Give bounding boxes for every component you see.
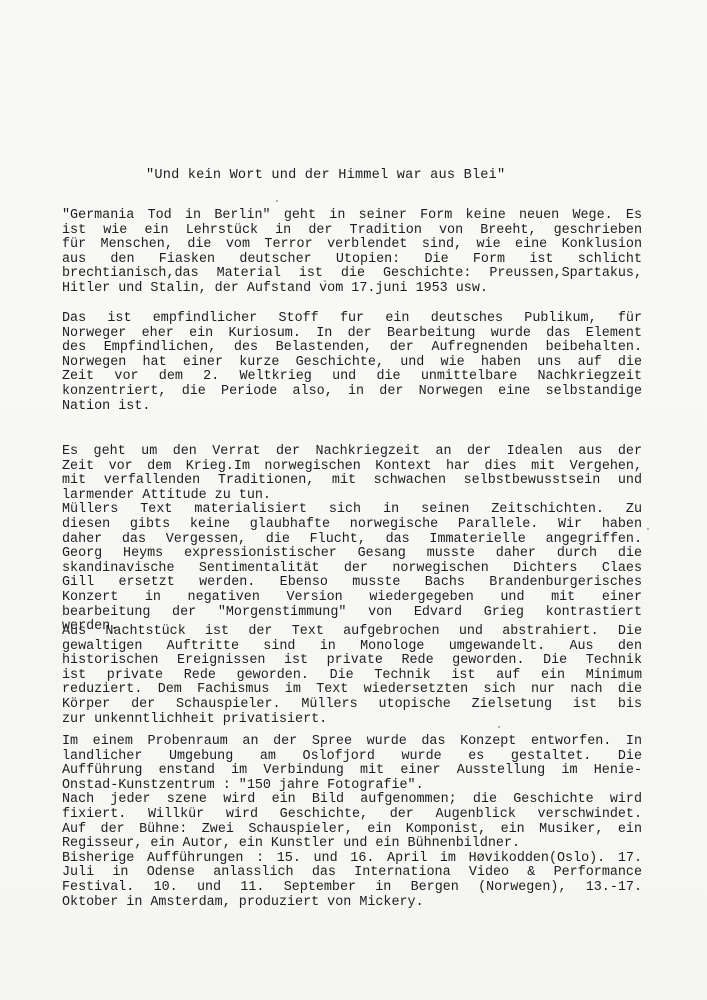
text-line: Georg Heyms expressionistischer Gesang m… [62,547,642,562]
text-line: Nach jeder szene wird ein Bild aufgenomm… [62,793,642,808]
text-line: des Empfindlichen, des Belastenden, der … [62,341,642,356]
text-line: Regisseur, ein Autor, ein Kunstler und e… [62,837,642,852]
text-line: historischen Ereignissen ist private Red… [62,654,642,669]
text-line: Norwegen hat einer kurze Geschichte, und… [62,356,642,371]
text-line: für Menschen, die vom Terror verblendet … [62,238,642,253]
text-line: skandinavische Sentimentalität der norwe… [62,562,642,577]
text-line: reduziert. Dem Fachismus im Text wieders… [62,683,642,698]
paper-speck [498,726,500,728]
text-line: ist wie ein Lehrstück in der Tradition v… [62,224,642,239]
paragraph-betrayal-and-music: Es geht um den Verrat der Nachkriegzeit … [62,445,642,635]
text-line: Das ist empfindlicher Stoff fur ein deut… [62,312,642,327]
text-line: Hitler und Stalin, der Aufstand vom 17.j… [62,282,642,297]
paper-speck [324,280,326,282]
text-line: zur unkenntlichheit privatisiert. [62,713,642,728]
text-line: Aufführung enstand im Verbindung mit ein… [62,764,642,779]
text-line: bearbeitung der "Morgenstimmung" von Edv… [62,606,642,621]
text-line: aus den Fiasken deutscher Utopien: Die F… [62,253,642,268]
text-line: Onstad-Kunstzentrum : "150 jahre Fotogra… [62,779,642,794]
text-line: Zeit vor dem 2. Weltkrieg und die unmitt… [62,370,642,385]
text-line: larmender Attitude zu tun. [62,489,642,504]
text-line: gewaltigen Auftritte sind in Monologe um… [62,640,642,655]
text-line: Aus Nachtstück ist der Text aufgebrochen… [62,625,642,640]
paragraph-production-history: Im einem Probenraum an der Spree wurde d… [62,735,642,910]
paper-speck [647,528,649,530]
paragraph-nachtstueck: Aus Nachtstück ist der Text aufgebrochen… [62,625,642,727]
text-line: Oktober in Amsterdam, produziert von Mic… [62,896,642,911]
text-line: Müllers Text materialisiert sich in sein… [62,503,642,518]
text-line: diesen gibts keine glaubhafte norwegisch… [62,518,642,533]
text-line: Norweger eher ein Kuriosum. In der Bearb… [62,327,642,342]
text-line: Auf der Bühne: Zwei Schauspieler, ein Ko… [62,823,642,838]
paper-speck [276,200,278,202]
text-line: Zeit vor dem Krieg.Im norwegischen Konte… [62,460,642,475]
text-line: ist private Rede geworden. Die Technik i… [62,669,642,684]
document-title: "Und kein Wort und der Himmel war aus Bl… [146,168,505,183]
text-line: daher das Vergessen, die Flucht, das Imm… [62,533,642,548]
text-line: Gill ersetzt werden. Ebenso musste Bachs… [62,576,642,591]
text-line: landlicher Umgebung am Oslofjord wurde e… [62,750,642,765]
text-line: Nation ist. [62,400,642,415]
text-line: fixiert. Willkür wird Geschichte, der Au… [62,808,642,823]
text-line: Juli in Odense anlasslich das Internatio… [62,866,642,881]
paragraph-germania-form: "Germania Tod in Berlin" geht in seiner … [62,209,642,297]
text-line: Es geht um den Verrat der Nachkriegzeit … [62,445,642,460]
text-line: Bisherige Aufführungen : 15. und 16. Apr… [62,852,642,867]
text-line: "Germania Tod in Berlin" geht in seiner … [62,209,642,224]
text-line: Konzert in negativen Version wiedergegeb… [62,591,642,606]
text-line: konzentriert, die Periode also, in der N… [62,385,642,400]
text-line: Im einem Probenraum an der Spree wurde d… [62,735,642,750]
text-line: Körper der Schauspieler. Müllers utopisc… [62,698,642,713]
text-line: mit verfallenden Traditionen, mit schwac… [62,474,642,489]
text-line: Festival. 10. und 11. September in Berge… [62,881,642,896]
paragraph-sensitive-material: Das ist empfindlicher Stoff fur ein deut… [62,312,642,414]
text-line: brechtianisch,das Material ist die Gesch… [62,267,642,282]
document-page: "Und kein Wort und der Himmel war aus Bl… [0,0,707,1000]
